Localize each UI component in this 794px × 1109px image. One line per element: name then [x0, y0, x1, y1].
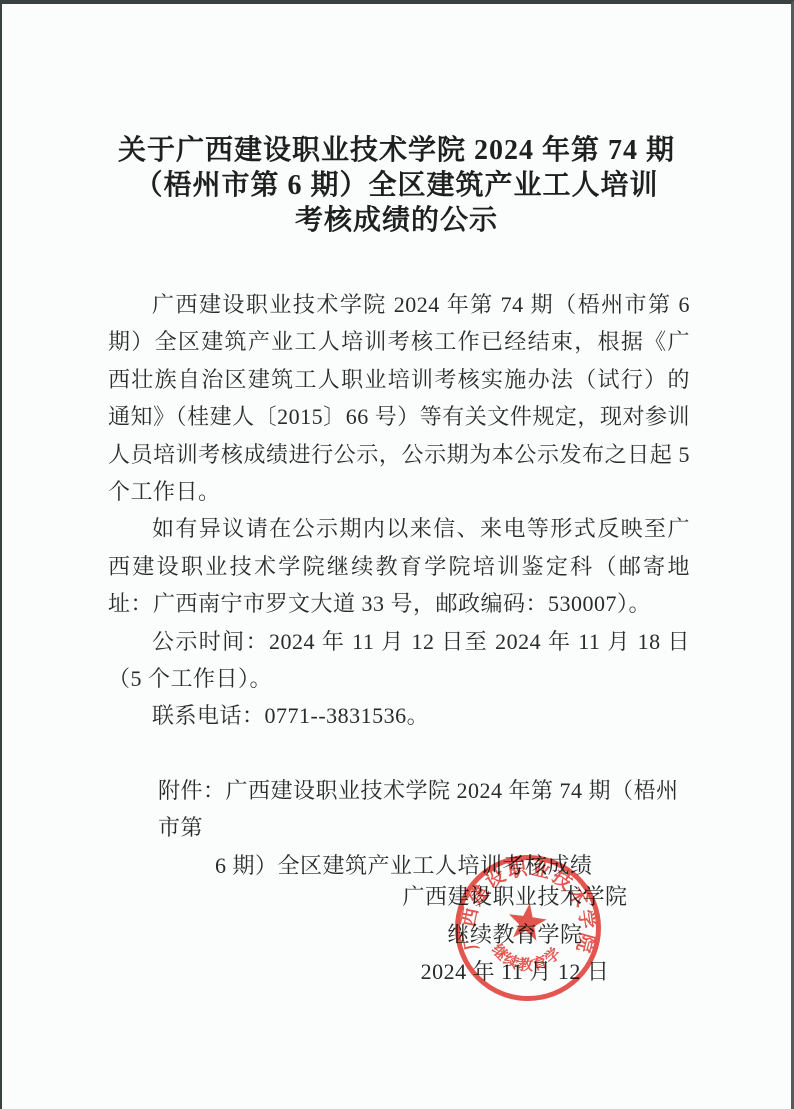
title-line-1: 关于广西建设职业技术学院 2024 年第 74 期: [2, 133, 791, 168]
title-line-2: （梧州市第 6 期）全区建筑产业工人培训: [2, 168, 791, 203]
body-paragraph-2: 如有异议请在公示期内以来信、来电等形式反映至广西建设职业技术学院继续教育学院培训…: [108, 510, 690, 622]
document-page: 关于广西建设职业技术学院 2024 年第 74 期 （梧州市第 6 期）全区建筑…: [0, 0, 794, 1109]
title-line-3: 考核成绩的公示: [2, 203, 791, 238]
page-title: 关于广西建设职业技术学院 2024 年第 74 期 （梧州市第 6 期）全区建筑…: [2, 133, 791, 238]
attachment-note: 附件：广西建设职业技术学院 2024 年第 74 期（梧州市第 6 期）全区建筑…: [108, 772, 690, 884]
body-paragraph-1: 广西建设职业技术学院 2024 年第 74 期（梧州市第 6 期）全区建筑产业工…: [108, 286, 690, 510]
attachment-line-1: 附件：广西建设职业技术学院 2024 年第 74 期（梧州市第: [108, 772, 690, 847]
signature-date: 2024 年 11 月 12 日: [395, 953, 635, 991]
body-paragraph-4: 联系电话：0771--3831536。: [108, 697, 690, 734]
signature-block: 广西建设职业技术学院 继续教育学院 2024 年 11 月 12 日: [395, 878, 635, 991]
signature-org: 广西建设职业技术学院: [395, 878, 635, 916]
body-paragraph-3: 公示时间：2024 年 11 月 12 日至 2024 年 11 月 18 日（…: [108, 623, 690, 698]
signature-dept: 继续教育学院: [395, 916, 635, 954]
document-body: 广西建设职业技术学院 2024 年第 74 期（梧州市第 6 期）全区建筑产业工…: [108, 286, 690, 884]
